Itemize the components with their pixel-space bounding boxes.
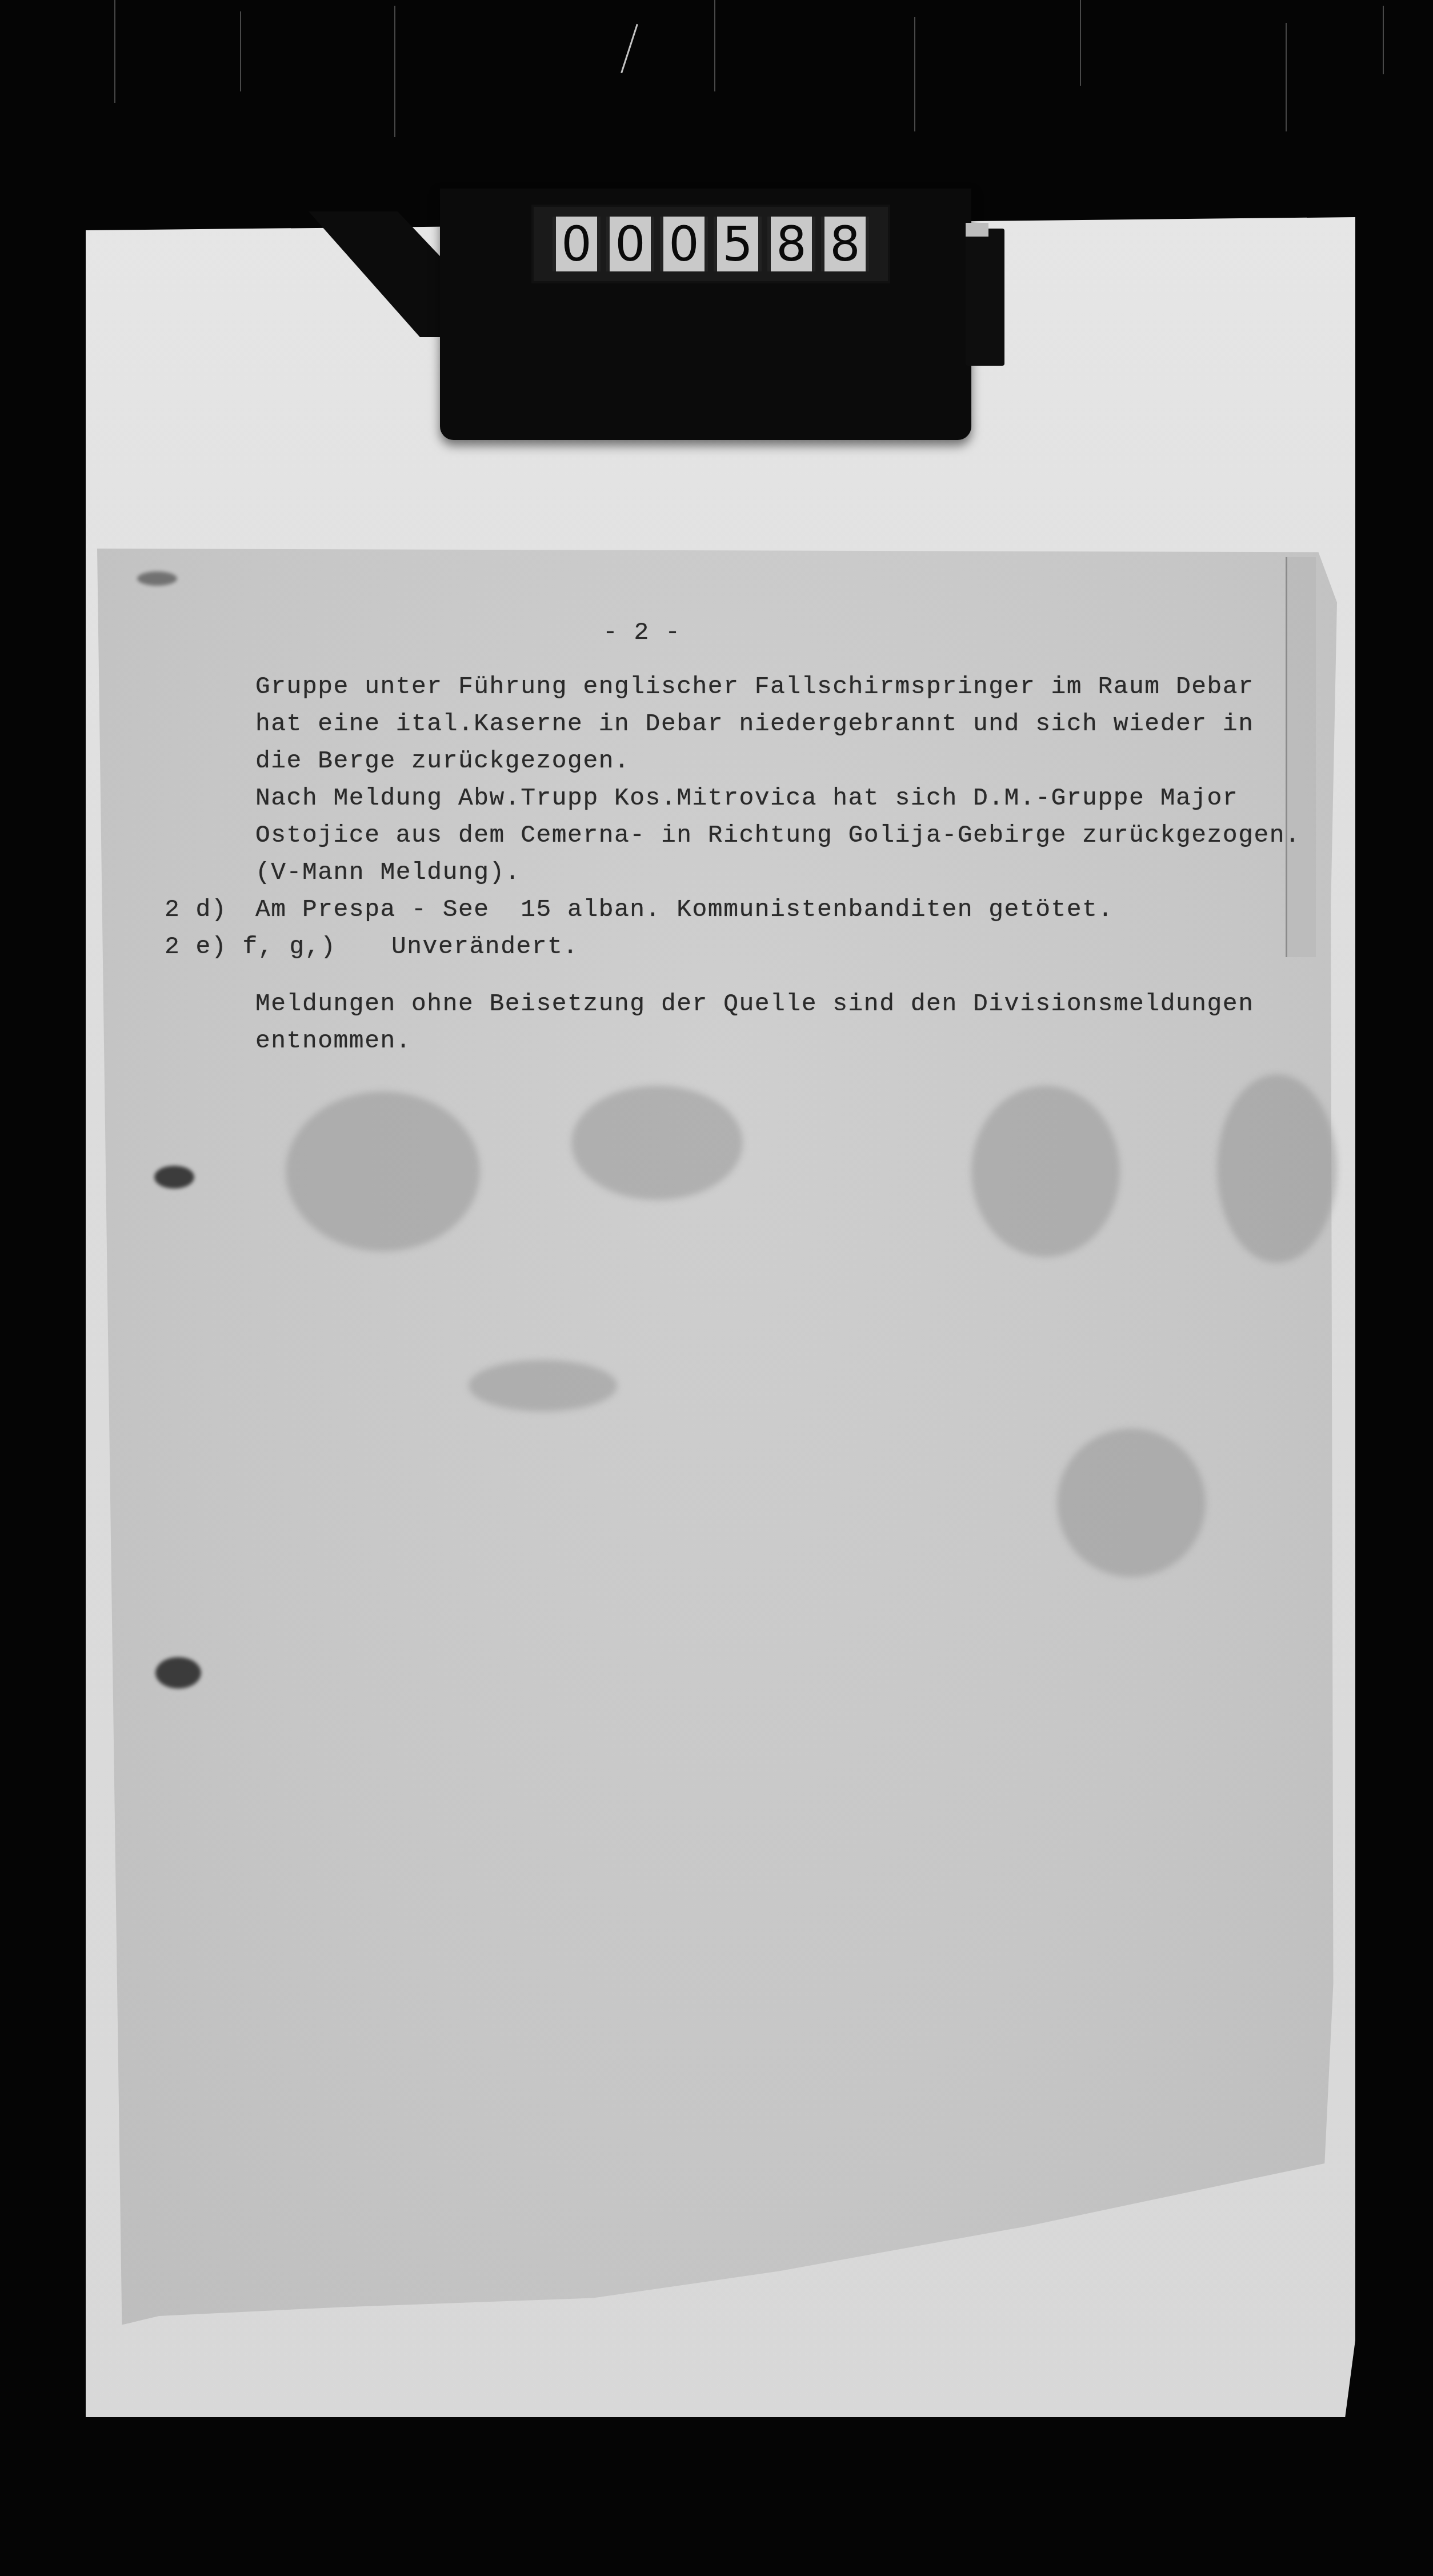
paragraph1-line: Gruppe unter Führung englischer Fallschi… bbox=[255, 674, 1254, 699]
counter-display: 0 0 0 5 8 8 bbox=[531, 205, 890, 283]
item-text: Am Prespa - See 15 alban. Kommunistenban… bbox=[255, 897, 1114, 922]
paragraph2-line: Ostojice aus dem Cemerna- in Richtung Go… bbox=[255, 823, 1300, 847]
item-text: Unverändert. bbox=[391, 934, 579, 959]
counter-digit: 8 bbox=[767, 217, 815, 271]
counter-body: 0 0 0 5 8 8 bbox=[440, 189, 971, 440]
counter-digit: 5 bbox=[714, 217, 762, 271]
paragraph2-line: (V-Mann Meldung). bbox=[255, 860, 521, 885]
counter-arm bbox=[309, 211, 457, 337]
stain bbox=[1217, 1074, 1337, 1263]
counter-knob-cap bbox=[966, 223, 988, 237]
punch-hole bbox=[154, 1166, 194, 1189]
stain bbox=[971, 1086, 1120, 1257]
item-label: 2 d) bbox=[165, 897, 227, 922]
closing-line: Meldungen ohne Beisetzung der Quelle sin… bbox=[255, 991, 1254, 1016]
counter-knob bbox=[966, 229, 1004, 366]
closing-line: entnommen. bbox=[255, 1029, 411, 1053]
counter-digit: 0 bbox=[660, 217, 708, 271]
page-number: - 2 - bbox=[603, 620, 681, 645]
counter-digit: 0 bbox=[553, 217, 601, 271]
paragraph1-line: die Berge zurückgezogen. bbox=[255, 749, 630, 773]
punch-hole bbox=[155, 1657, 201, 1689]
stain bbox=[469, 1360, 617, 1411]
stain bbox=[571, 1086, 743, 1200]
stain bbox=[1057, 1429, 1206, 1577]
paragraph1-line: hat eine ital.Kaserne in Debar niedergeb… bbox=[255, 711, 1254, 736]
punch-hole bbox=[137, 571, 177, 586]
counter-digit: 8 bbox=[821, 217, 869, 271]
stain bbox=[286, 1091, 480, 1251]
counter-digit: 0 bbox=[606, 217, 654, 271]
page-torn-edge bbox=[1286, 557, 1316, 957]
paragraph2-line: Nach Meldung Abw.Trupp Kos.Mitrovica hat… bbox=[255, 786, 1238, 810]
frame-counter-device: 0 0 0 5 8 8 bbox=[309, 189, 1017, 451]
item-label: 2 e) f, g,) bbox=[165, 934, 336, 959]
